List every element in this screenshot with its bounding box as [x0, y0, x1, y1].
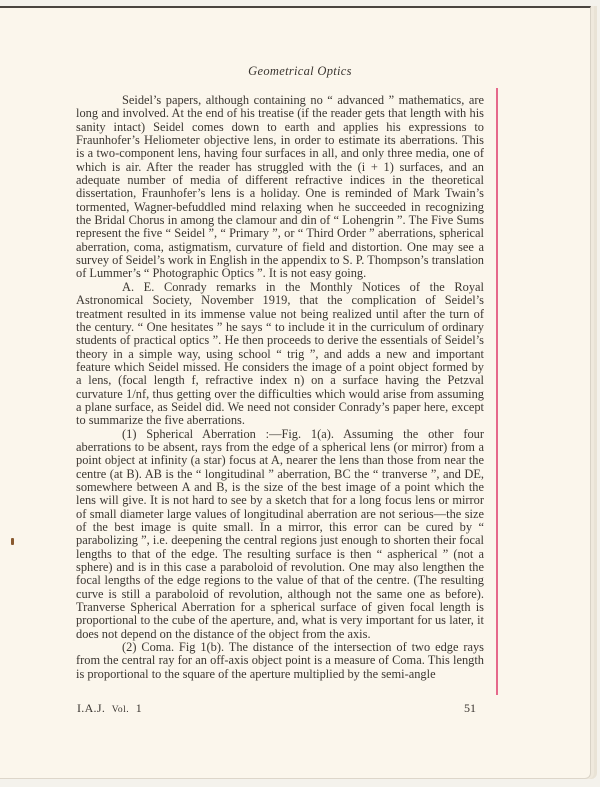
- running-head: Geometrical Optics: [0, 64, 600, 79]
- footer-journal: I.A.J. Vol. 1: [77, 701, 142, 716]
- page-number: 51: [464, 701, 476, 716]
- volume-number: 1: [136, 701, 142, 715]
- volume-label: Vol.: [112, 705, 129, 715]
- paragraph-conrady: A. E. Conrady remarks in the Monthly Not…: [76, 281, 484, 428]
- margin-rule: [496, 88, 498, 695]
- body-text: Seidel’s papers, although containing no …: [76, 94, 484, 681]
- journal-abbrev: I.A.J.: [77, 701, 105, 715]
- paragraph-seidel-papers: Seidel’s papers, although containing no …: [76, 94, 484, 281]
- paragraph-spherical-aberration: (1) Spherical Aberration :—Fig. 1(a). As…: [76, 428, 484, 642]
- binding-mark: [11, 538, 14, 545]
- paragraph-coma: (2) Coma. Fig 1(b). The distance of the …: [76, 641, 484, 681]
